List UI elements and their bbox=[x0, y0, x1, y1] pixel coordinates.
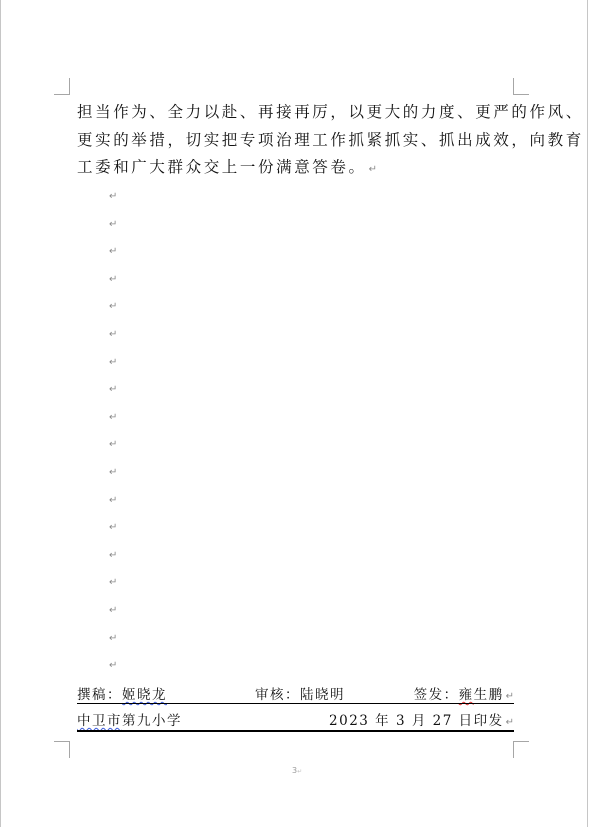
issuance-rule bbox=[77, 730, 514, 732]
paragraph-mark-icon: ↵ bbox=[109, 293, 117, 321]
issuer-label: 签发： bbox=[414, 687, 459, 703]
paragraph-mark-icon: ↵ bbox=[109, 404, 117, 432]
print-date: 2023 年 3 月 27 日印发↵ bbox=[329, 709, 514, 729]
paragraph-mark-icon: ↵ bbox=[297, 768, 302, 775]
paragraph-mark-icon: ↵ bbox=[109, 569, 117, 597]
body-line-2: 更实的举措，切实把专项治理工作抓紧抓实、抓出成效，向教育 bbox=[77, 127, 527, 155]
issuer-name-part2: 生鹏 bbox=[474, 687, 504, 703]
margin-corner-bottom-right bbox=[513, 741, 529, 758]
paragraph-mark-icon: ↵ bbox=[109, 321, 117, 349]
empty-paragraphs[interactable]: ↵ ↵ ↵ ↵ ↵ ↵ ↵ ↵ ↵ ↵ ↵ ↵ ↵ ↵ ↵ ↵ ↵ ↵ bbox=[109, 183, 117, 680]
page-number: 3↵ bbox=[292, 766, 302, 775]
print-date-text: 2023 年 3 月 27 日印发 bbox=[329, 713, 504, 729]
drafter-name: 姬晓龙 bbox=[122, 687, 167, 703]
reviewer-label: 审核： bbox=[255, 687, 300, 703]
paragraph-mark-icon: ↵ bbox=[506, 691, 514, 702]
document-body[interactable]: 担当作为、全力以赴、再接再厉，以更大的力度、更严的作风、 更实的举措，切实把专项… bbox=[77, 99, 527, 182]
paragraph-mark-icon: ↵ bbox=[109, 459, 117, 487]
reviewer: 审核：陆晓明 bbox=[255, 683, 345, 703]
paragraph-mark-icon: ↵ bbox=[109, 431, 117, 459]
paragraph-mark-icon: ↵ bbox=[109, 238, 117, 266]
page-edge-left bbox=[0, 0, 1, 827]
paragraph-mark-icon: ↵ bbox=[109, 183, 117, 211]
margin-corner-bottom-left bbox=[54, 741, 70, 758]
organization-part1: 中卫市 bbox=[77, 713, 122, 729]
paragraph-mark-icon: ↵ bbox=[109, 514, 117, 542]
organization: 中卫市第九小学 bbox=[77, 709, 182, 729]
paragraph-mark-icon: ↵ bbox=[109, 376, 117, 404]
page-edge-right bbox=[587, 0, 588, 827]
signoff-row[interactable]: 撰稿：姬晓龙 审核：陆晓明 签发：雍生鹏↵ bbox=[77, 681, 514, 703]
issuer: 签发：雍生鹏↵ bbox=[414, 683, 514, 703]
paragraph-mark-icon: ↵ bbox=[109, 625, 117, 653]
signoff-rule bbox=[77, 703, 514, 704]
paragraph-mark-icon: ↵ bbox=[506, 717, 514, 728]
reviewer-name: 陆晓明 bbox=[300, 687, 345, 703]
drafter: 撰稿：姬晓龙 bbox=[77, 683, 167, 703]
paragraph-mark-icon: ↵ bbox=[109, 597, 117, 625]
body-line-3: 工委和广大群众交上一份满意答卷。↵ bbox=[77, 154, 527, 182]
body-line-3-text: 工委和广大群众交上一份满意答卷。 bbox=[77, 158, 367, 176]
paragraph-mark-icon: ↵ bbox=[109, 349, 117, 377]
body-line-1: 担当作为、全力以赴、再接再厉，以更大的力度、更严的作风、 bbox=[77, 99, 527, 127]
issuance-row[interactable]: 中卫市第九小学 2023 年 3 月 27 日印发↵ bbox=[77, 707, 514, 729]
issuer-name-part1: 雍 bbox=[459, 687, 474, 703]
paragraph-mark-icon: ↵ bbox=[109, 652, 117, 680]
drafter-label: 撰稿： bbox=[77, 687, 122, 703]
paragraph-mark-icon: ↵ bbox=[109, 266, 117, 294]
paragraph-mark-icon: ↵ bbox=[109, 487, 117, 515]
organization-part2: 第九小学 bbox=[122, 713, 182, 729]
paragraph-mark-icon: ↵ bbox=[369, 164, 377, 175]
paragraph-mark-icon: ↵ bbox=[109, 542, 117, 570]
margin-corner-top-left bbox=[54, 78, 70, 95]
margin-corner-top-right bbox=[513, 78, 529, 95]
paragraph-mark-icon: ↵ bbox=[109, 211, 117, 239]
